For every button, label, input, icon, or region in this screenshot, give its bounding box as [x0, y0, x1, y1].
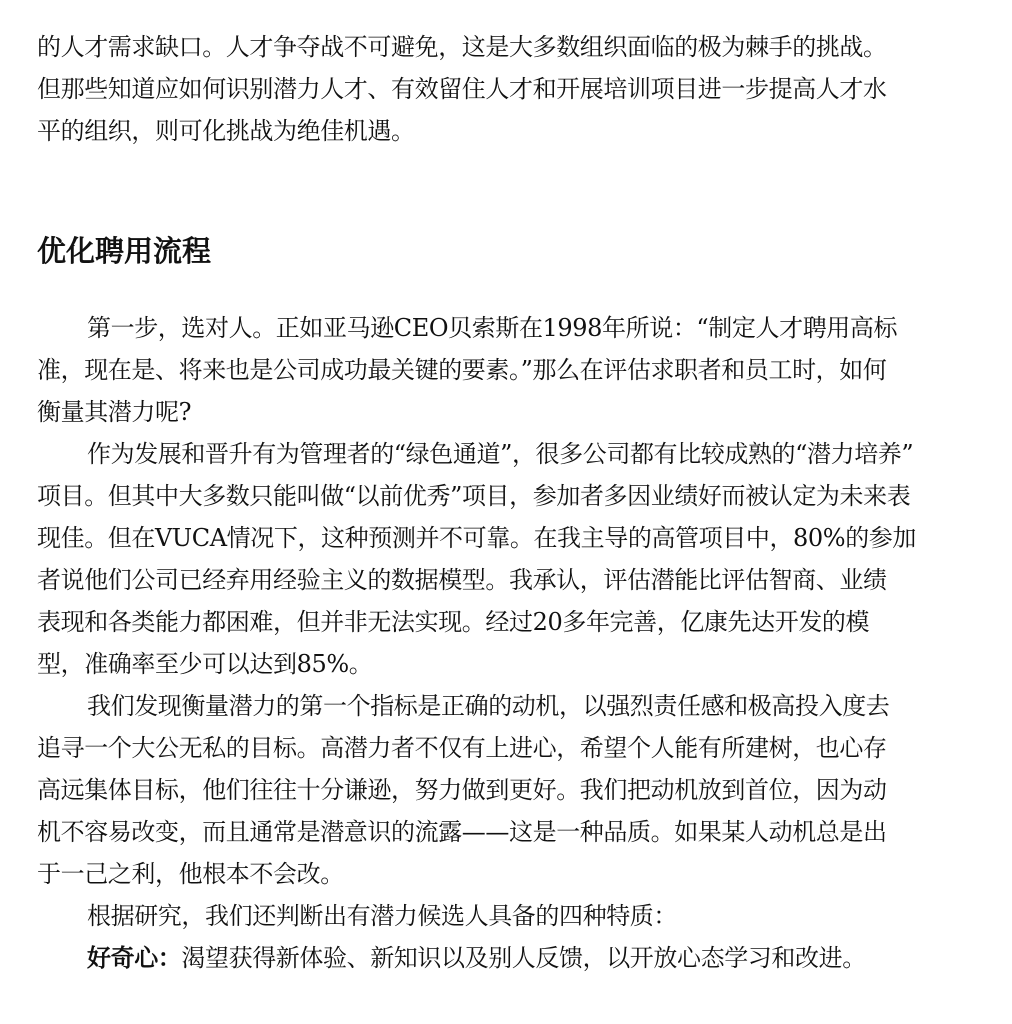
text-line: 现佳。但在VUCA情况下，这种预测并不可靠。在我主导的高管项目中，80%的参加: [37, 517, 916, 559]
text-line: 高远集体目标，他们往往十分谦逊，努力做到更好。我们把动机放到首位，因为动: [37, 769, 916, 811]
paragraph-first-step: 第一步，选对人。正如亚马逊CEO贝索斯在1998年所说：“制定人才聘用高标 准，…: [37, 307, 916, 433]
paragraph-green-channel: 作为发展和晋升有为管理者的“绿色通道”，很多公司都有比较成熟的“潜力培养” 项目…: [37, 433, 916, 685]
text-line: 表现和各类能力都困难，但并非无法实现。经过20多年完善，亿康先达开发的模: [37, 601, 916, 643]
intro-paragraph: 的人才需求缺口。人才争夺战不可避免，这是大多数组织面临的极为棘手的挑战。 但那些…: [37, 26, 887, 152]
text-line: 第一步，选对人。正如亚马逊CEO贝索斯在1998年所说：“制定人才聘用高标: [37, 307, 916, 349]
trait-label: 好奇心：: [87, 943, 181, 972]
paragraph-motivation: 我们发现衡量潜力的第一个指标是正确的动机，以强烈责任感和极高投入度去 追寻一个大…: [37, 685, 916, 895]
text-line: 平的组织，则可化挑战为绝佳机遇。: [37, 110, 887, 152]
trait-description: 渴望获得新体验、新知识以及别人反馈，以开放心态学习和改进。: [181, 944, 865, 972]
text-line: 根据研究，我们还判断出有潜力候选人具备的四种特质：: [37, 895, 916, 937]
section-heading: 优化聘用流程: [37, 231, 211, 271]
text-line: 机不容易改变，而且通常是潜意识的流露——这是一种品质。如果某人动机总是出: [37, 811, 916, 853]
paragraph-four-traits: 根据研究，我们还判断出有潜力候选人具备的四种特质：: [37, 895, 916, 937]
text-line: 项目。但其中大多数只能叫做“以前优秀”项目，参加者多因业绩好而被认定为未来表: [37, 475, 916, 517]
text-line: 者说他们公司已经弃用经验主义的数据模型。我承认，评估潜能比评估智商、业绩: [37, 559, 916, 601]
section-body: 第一步，选对人。正如亚马逊CEO贝索斯在1998年所说：“制定人才聘用高标 准，…: [37, 307, 916, 979]
text-line: 追寻一个大公无私的目标。高潜力者不仅有上进心，希望个人能有所建树，也心存: [37, 727, 916, 769]
text-line: 于一己之利，他根本不会改。: [37, 853, 916, 895]
text-line: 衡量其潜力呢?: [37, 391, 916, 433]
text-line: 我们发现衡量潜力的第一个指标是正确的动机，以强烈责任感和极高投入度去: [37, 685, 916, 727]
text-line: 准，现在是、将来也是公司成功最关键的要素。”那么在评估求职者和员工时，如何: [37, 349, 916, 391]
text-line: 的人才需求缺口。人才争夺战不可避免，这是大多数组织面临的极为棘手的挑战。: [37, 26, 887, 68]
text-line: 型，准确率至少可以达到85%。: [37, 643, 916, 685]
text-line: 作为发展和晋升有为管理者的“绿色通道”，很多公司都有比较成熟的“潜力培养”: [37, 433, 916, 475]
text-line: 但那些知道应如何识别潜力人才、有效留住人才和开展培训项目进一步提高人才水: [37, 68, 887, 110]
paragraph-curiosity: 好奇心：渴望获得新体验、新知识以及别人反馈，以开放心态学习和改进。: [37, 937, 916, 979]
text-line: 好奇心：渴望获得新体验、新知识以及别人反馈，以开放心态学习和改进。: [37, 937, 916, 979]
